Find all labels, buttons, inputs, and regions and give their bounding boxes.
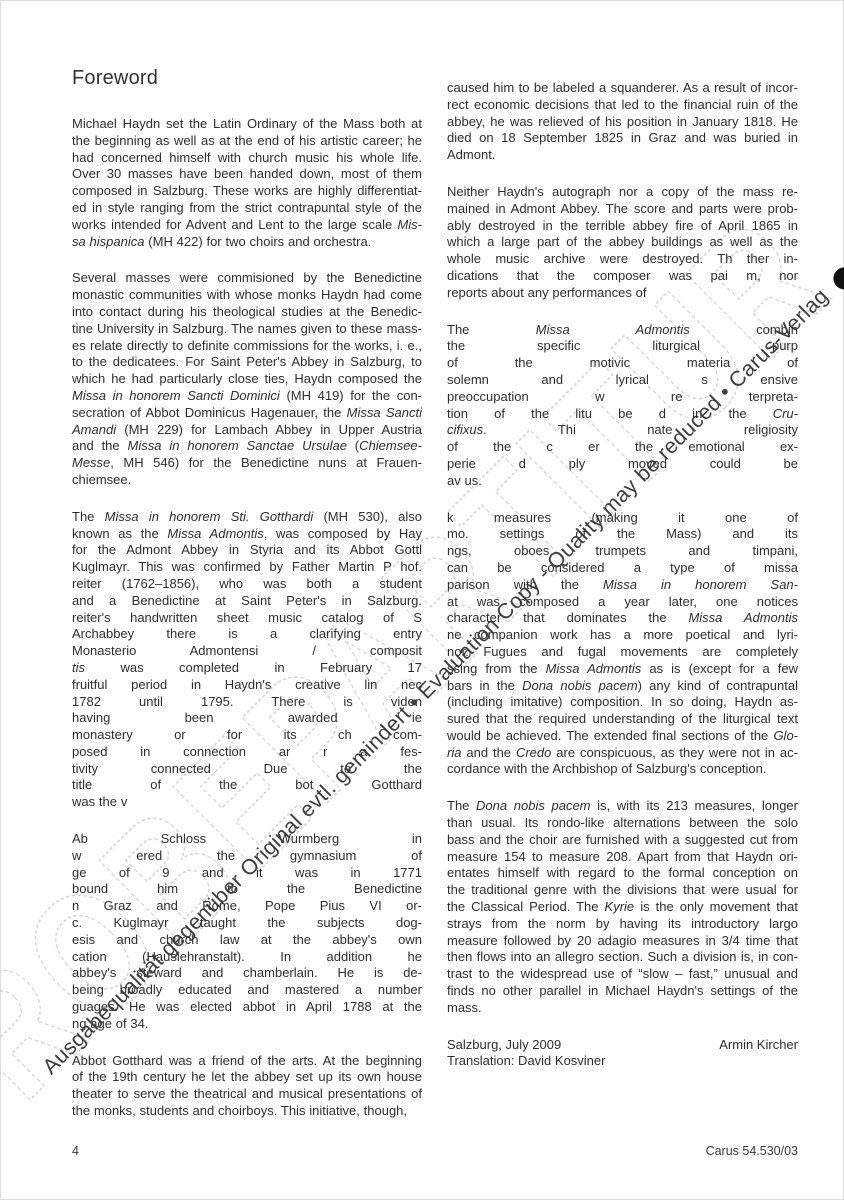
left-column-paragraphs: Michael Haydn set the Latin Ordinary of … xyxy=(72,116,422,1120)
text-line: parison with the Missa in honorem San- xyxy=(447,577,798,594)
text-line: the traditional genre with the divisions… xyxy=(447,882,798,899)
text-line: Missa in honorem Sancti Dominici (MH 419… xyxy=(72,388,422,405)
paragraph: k measures (making it one ofmo. settings… xyxy=(447,510,798,779)
page-title: Foreword xyxy=(72,66,422,90)
text-line: can be considered a type of missa xyxy=(447,560,798,577)
text-line: would be achieved. The extended final se… xyxy=(447,728,798,745)
text-line: solemn and lyrical s ensive xyxy=(447,372,798,389)
signature-place-date: Salzburg, July 2009 xyxy=(447,1037,561,1054)
text-line: ne companion work has a more poetical an… xyxy=(447,627,798,644)
text-line: works intended for Advent and Lent to th… xyxy=(72,217,422,234)
text-line: abbey, he was relieved of his position i… xyxy=(447,114,798,131)
text-line: mained in Admont Abbey. The score and pa… xyxy=(447,201,798,218)
text-line: Amandi (MH 229) for Lambach Abbey in Upp… xyxy=(72,422,422,439)
text-line: the Classical Period. The Kyrie is the o… xyxy=(447,899,798,916)
text-line: Admont. xyxy=(447,147,798,164)
text-line: ge of 9 and it was in 1771 xyxy=(72,865,422,882)
document-page: { "page": { "title": "Foreword", "page_n… xyxy=(0,0,844,1200)
text-line: posed in connection ar r a fes- xyxy=(72,744,422,761)
text-line: ed in style ranging from the strict cont… xyxy=(72,200,422,217)
text-line: to the dedicatees. For Saint Peter's Abb… xyxy=(72,354,422,371)
text-line: which a large part of the abbey building… xyxy=(447,234,798,251)
text-line: dications that the composer was pai m, n… xyxy=(447,268,798,285)
text-line: and a Benedictine at Saint Peter's in Sa… xyxy=(72,593,422,610)
text-line: Several masses were commisioned by the B… xyxy=(72,270,422,287)
text-line: having been awarded ie xyxy=(72,710,422,727)
text-line: and the Missa in honorem Sanctae Ursulae… xyxy=(72,438,422,455)
text-line: (including imitative) composition. In so… xyxy=(447,694,798,711)
text-line: Over 30 masses have been handed down, mo… xyxy=(72,166,422,183)
text-line: w ered the gymnasium of xyxy=(72,848,422,865)
left-column: Foreword Michael Haydn set the Latin Ord… xyxy=(72,66,422,1140)
text-line: whole music archive were destroyed. Th t… xyxy=(447,251,798,268)
text-line: guages. He was elected abbot in April 17… xyxy=(72,999,422,1016)
text-line: of the motivic materia of xyxy=(447,355,798,372)
text-line: tis was completed in February 17 xyxy=(72,660,422,677)
text-line: finds no other parallel in Michael Haydn… xyxy=(447,983,798,1000)
text-line: Messe, MH 546) for the Benedictine nuns … xyxy=(72,455,422,472)
catalog-number: Carus 54.530/03 xyxy=(706,1144,798,1158)
text-line: entates himself with regard to the forma… xyxy=(447,865,798,882)
page-number: 4 xyxy=(72,1144,79,1158)
text-line: died on 18 September 1825 in Graz and wa… xyxy=(447,130,798,147)
text-line: secration of Abbot Dominicus Hagenauer, … xyxy=(72,405,422,422)
text-line: The Dona nobis pacem is, with its 213 me… xyxy=(447,798,798,815)
text-line: k measures (making it one of xyxy=(447,510,798,527)
signature-block: Salzburg, July 2009 Armin Kircher Transl… xyxy=(447,1037,798,1071)
text-line: bound him to the Benedictine xyxy=(72,881,422,898)
text-line: being broadly educated and mastered a nu… xyxy=(72,982,422,999)
paragraph: Michael Haydn set the Latin Ordinary of … xyxy=(72,116,422,250)
paragraph: Several masses were commisioned by the B… xyxy=(72,270,422,488)
text-line: cordance with the Archbishop of Salzburg… xyxy=(447,761,798,778)
signature-author: Armin Kircher xyxy=(719,1037,798,1054)
text-line: ria and the Credo are conspicuous, as th… xyxy=(447,745,798,762)
paragraph: Neither Haydn's autograph nor a copy of … xyxy=(447,184,798,302)
text-line: The Missa in honorem Sti. Gotthardi (MH … xyxy=(72,509,422,526)
text-line: av us. xyxy=(447,473,798,490)
text-line: monastery or for its ch com- xyxy=(72,727,422,744)
paragraph: The Missa in honorem Sti. Gotthardi (MH … xyxy=(72,509,422,811)
text-line: composed in Salzburg. These works are hi… xyxy=(72,183,422,200)
text-line: than usual. Its rondo-like alternations … xyxy=(447,815,798,832)
text-line: esis and church law at the abbey's own xyxy=(72,932,422,949)
paragraph: caused him to be labeled a squanderer. A… xyxy=(447,80,798,164)
text-line: trast to the widespread use of “slow – f… xyxy=(447,966,798,983)
text-line: of the 19th century he let the abbey set… xyxy=(72,1069,422,1086)
text-line: which he had particularly close ties, Ha… xyxy=(72,371,422,388)
text-line: mass. xyxy=(447,1000,798,1017)
text-line: perie d ply moved could be xyxy=(447,456,798,473)
signature-translation: Translation: David Kosviner xyxy=(447,1053,605,1070)
paragraph: The Dona nobis pacem is, with its 213 me… xyxy=(447,798,798,1016)
text-line: bass and the choir are furnished with a … xyxy=(447,832,798,849)
text-line: rect economic decisions that led to the … xyxy=(447,97,798,114)
text-line: mo. settings of the Mass) and its xyxy=(447,526,798,543)
page-footer: 4 Carus 54.530/03 xyxy=(72,1144,798,1158)
text-line: cifixus. Thi nate religiosity xyxy=(447,422,798,439)
text-line: the specific liturgical purp xyxy=(447,338,798,355)
text-line: caused him to be labeled a squanderer. A… xyxy=(447,80,798,97)
text-line: The Missa Admontis combin xyxy=(447,322,798,339)
text-line: ng age of 34. xyxy=(72,1016,422,1033)
text-line: preoccupation w re terpreta- xyxy=(447,389,798,406)
text-line: Ab Schloss Wurmberg in xyxy=(72,831,422,848)
text-line: the beginning as well as at the end of h… xyxy=(72,133,422,150)
text-line: measure followed by 20 adagio measures i… xyxy=(447,933,798,950)
text-line: tion of the litu be d in the Cru- xyxy=(447,406,798,423)
text-line: of the c er the emotional ex- xyxy=(447,439,798,456)
text-line: Kuglmayr. This was confirmed by Father M… xyxy=(72,559,422,576)
text-line: tine University in Salzburg. The names g… xyxy=(72,321,422,338)
text-line: bars in the Dona nobis pacem) any kind o… xyxy=(447,678,798,695)
paragraph: The Missa Admontis combinthe specific li… xyxy=(447,322,798,490)
text-line: tivity connected Due to the xyxy=(72,761,422,778)
text-line: at was composed a year later, one notice… xyxy=(447,594,798,611)
text-line: monastic communities with whose monks Ha… xyxy=(72,287,422,304)
text-line: sured that the required understanding of… xyxy=(447,711,798,728)
text-line: Neither Haydn's autograph nor a copy of … xyxy=(447,184,798,201)
text-line: es relate directly to definite commissio… xyxy=(72,338,422,355)
text-line: Michael Haydn set the Latin Ordinary of … xyxy=(72,116,422,133)
text-line: into contact during his theological stud… xyxy=(72,304,422,321)
text-line: for the Admont Abbey in Styria and its A… xyxy=(72,542,422,559)
text-line: theater to serve the theatrical and musi… xyxy=(72,1086,422,1103)
carus-verlag-logo-icon xyxy=(813,229,844,303)
text-line: ngs, oboes, trumpets and timpani, xyxy=(447,543,798,560)
right-column: caused him to be labeled a squanderer. A… xyxy=(447,80,798,1070)
text-line: sa hispanica (MH 422) for two choirs and… xyxy=(72,234,422,251)
text-line: measure 154 to measure 208. Apart from t… xyxy=(447,849,798,866)
text-line: cation (Hauslehranstalt). In addition he xyxy=(72,949,422,966)
text-line: the monks, students and choirboys. This … xyxy=(72,1103,422,1120)
text-line: 1782 until 1795. There is viden xyxy=(72,694,422,711)
text-line: ssing from the Missa Admontis as is (exc… xyxy=(447,661,798,678)
text-line: ably destroyed in the terrible abbey fir… xyxy=(447,218,798,235)
text-line: n Graz and Rome, Pope Pius VI or- xyxy=(72,898,422,915)
text-line: fruitful period in Haydn's creative lin … xyxy=(72,677,422,694)
text-line: Monasterio Admontensi / composit xyxy=(72,643,422,660)
right-column-paragraphs: caused him to be labeled a squanderer. A… xyxy=(447,80,798,1017)
text-line: reiter (1762–1856), who was both a stude… xyxy=(72,576,422,593)
text-line: nor. Fugues and fugal movements are comp… xyxy=(447,644,798,661)
text-line: chiemsee. xyxy=(72,472,422,489)
text-line: then flows into an allegro section. Such… xyxy=(447,949,798,966)
text-line: known as the Missa Admontis, was compose… xyxy=(72,526,422,543)
text-line: c. Kuglmayr taught the subjects dog- xyxy=(72,915,422,932)
text-line: had concerned himself with church music … xyxy=(72,150,422,167)
text-line: Abbot Gotthard was a friend of the arts.… xyxy=(72,1053,422,1070)
text-line: was the v xyxy=(72,794,422,811)
paragraph: Abbot Gotthard was a friend of the arts.… xyxy=(72,1053,422,1120)
text-line: title of the bot Gotthard xyxy=(72,777,422,794)
text-line: Archabbey there is a clarifying entry xyxy=(72,626,422,643)
text-line: abbey's steward and chamberlain. He is d… xyxy=(72,965,422,982)
text-line: character that dominates the Missa Admon… xyxy=(447,610,798,627)
paragraph: Ab Schloss Wurmberg inw ered the gymnasi… xyxy=(72,831,422,1033)
text-line: reports about any performances of xyxy=(447,285,798,302)
text-line: reiter's handwritten sheet music catalog… xyxy=(72,610,422,627)
text-line: strays from the norm by having its intro… xyxy=(447,916,798,933)
